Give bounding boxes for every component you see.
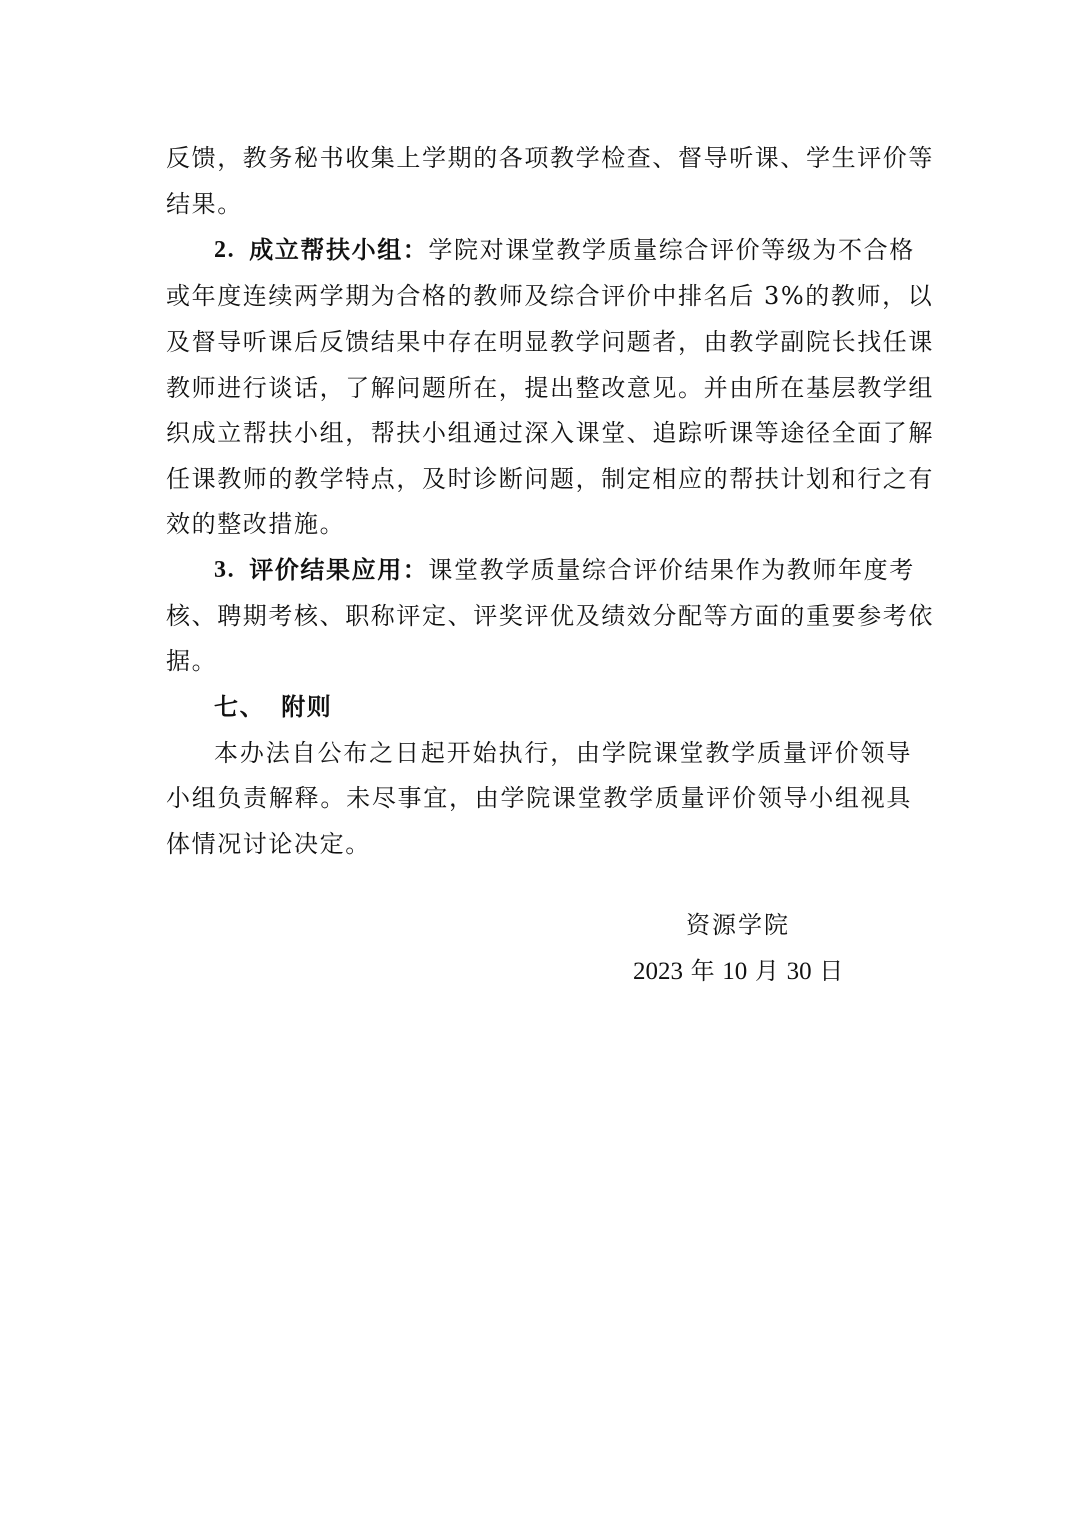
paragraph-line: 教师进行谈话，了解问题所在，提出整改意见。并由所在基层教学组: [166, 368, 912, 408]
date-month-unit: 月: [755, 957, 779, 985]
signature-date: 2023 年 10 月 30 日: [633, 951, 843, 992]
paragraph-line: 任课教师的教学特点，及时诊断问题，制定相应的帮扶计划和行之有: [166, 459, 912, 499]
item-2-first-line: 2. 成立帮扶小组： 学院对课堂教学质量综合评价等级为不合格: [214, 230, 912, 270]
section-7-heading: 七、附则: [214, 687, 912, 727]
item-3-title: 评价结果应用：: [249, 550, 428, 590]
paragraph-line: 体情况讨论决定。: [166, 824, 912, 864]
item-3-text: 课堂教学质量综合评价结果作为教师年度考: [428, 550, 914, 590]
paragraph-line: 小组负责解释。未尽事宜，由学院课堂教学质量评价领导小组视具: [166, 778, 912, 818]
section-7-number: 七、: [214, 693, 265, 721]
item-2-number: 2.: [214, 230, 235, 270]
paragraph-line: 结果。: [166, 184, 912, 224]
paragraph-line: 核、聘期考核、职称评定、评奖评优及绩效分配等方面的重要参考依: [166, 596, 912, 636]
date-year-unit: 年: [691, 957, 715, 985]
date-day: 30: [787, 958, 812, 985]
signature-organization: 资源学院: [686, 905, 790, 945]
date-month: 10: [722, 958, 747, 985]
item-3-number: 3.: [214, 550, 235, 590]
paragraph-line: 织成立帮扶小组，帮扶小组通过深入课堂、追踪听课等途径全面了解: [166, 413, 912, 453]
paragraph-line: 或年度连续两学期为合格的教师及综合评价中排名后 3%的教师，以: [166, 276, 912, 316]
paragraph-line: 据。: [166, 641, 912, 681]
item-3-first-line: 3. 评价结果应用： 课堂教学质量综合评价结果作为教师年度考: [214, 550, 912, 590]
date-year: 2023: [633, 958, 683, 985]
date-day-unit: 日: [819, 957, 843, 985]
paragraph-line: 效的整改措施。: [166, 504, 912, 544]
item-2-text: 学院对课堂教学质量综合评价等级为不合格: [428, 230, 914, 270]
section-7-title: 附则: [281, 693, 332, 721]
paragraph-line: 本办法自公布之日起开始执行，由学院课堂教学质量评价领导: [214, 733, 912, 773]
paragraph-line: 及督导听课后反馈结果中存在明显教学问题者，由教学副院长找任课: [166, 322, 912, 362]
document-page: 反馈，教务秘书收集上学期的各项教学检查、督导听课、学生评价等 结果。 2. 成立…: [0, 0, 1074, 1520]
paragraph-line: 反馈，教务秘书收集上学期的各项教学检查、督导听课、学生评价等: [166, 138, 912, 178]
item-2-title: 成立帮扶小组：: [249, 230, 428, 270]
